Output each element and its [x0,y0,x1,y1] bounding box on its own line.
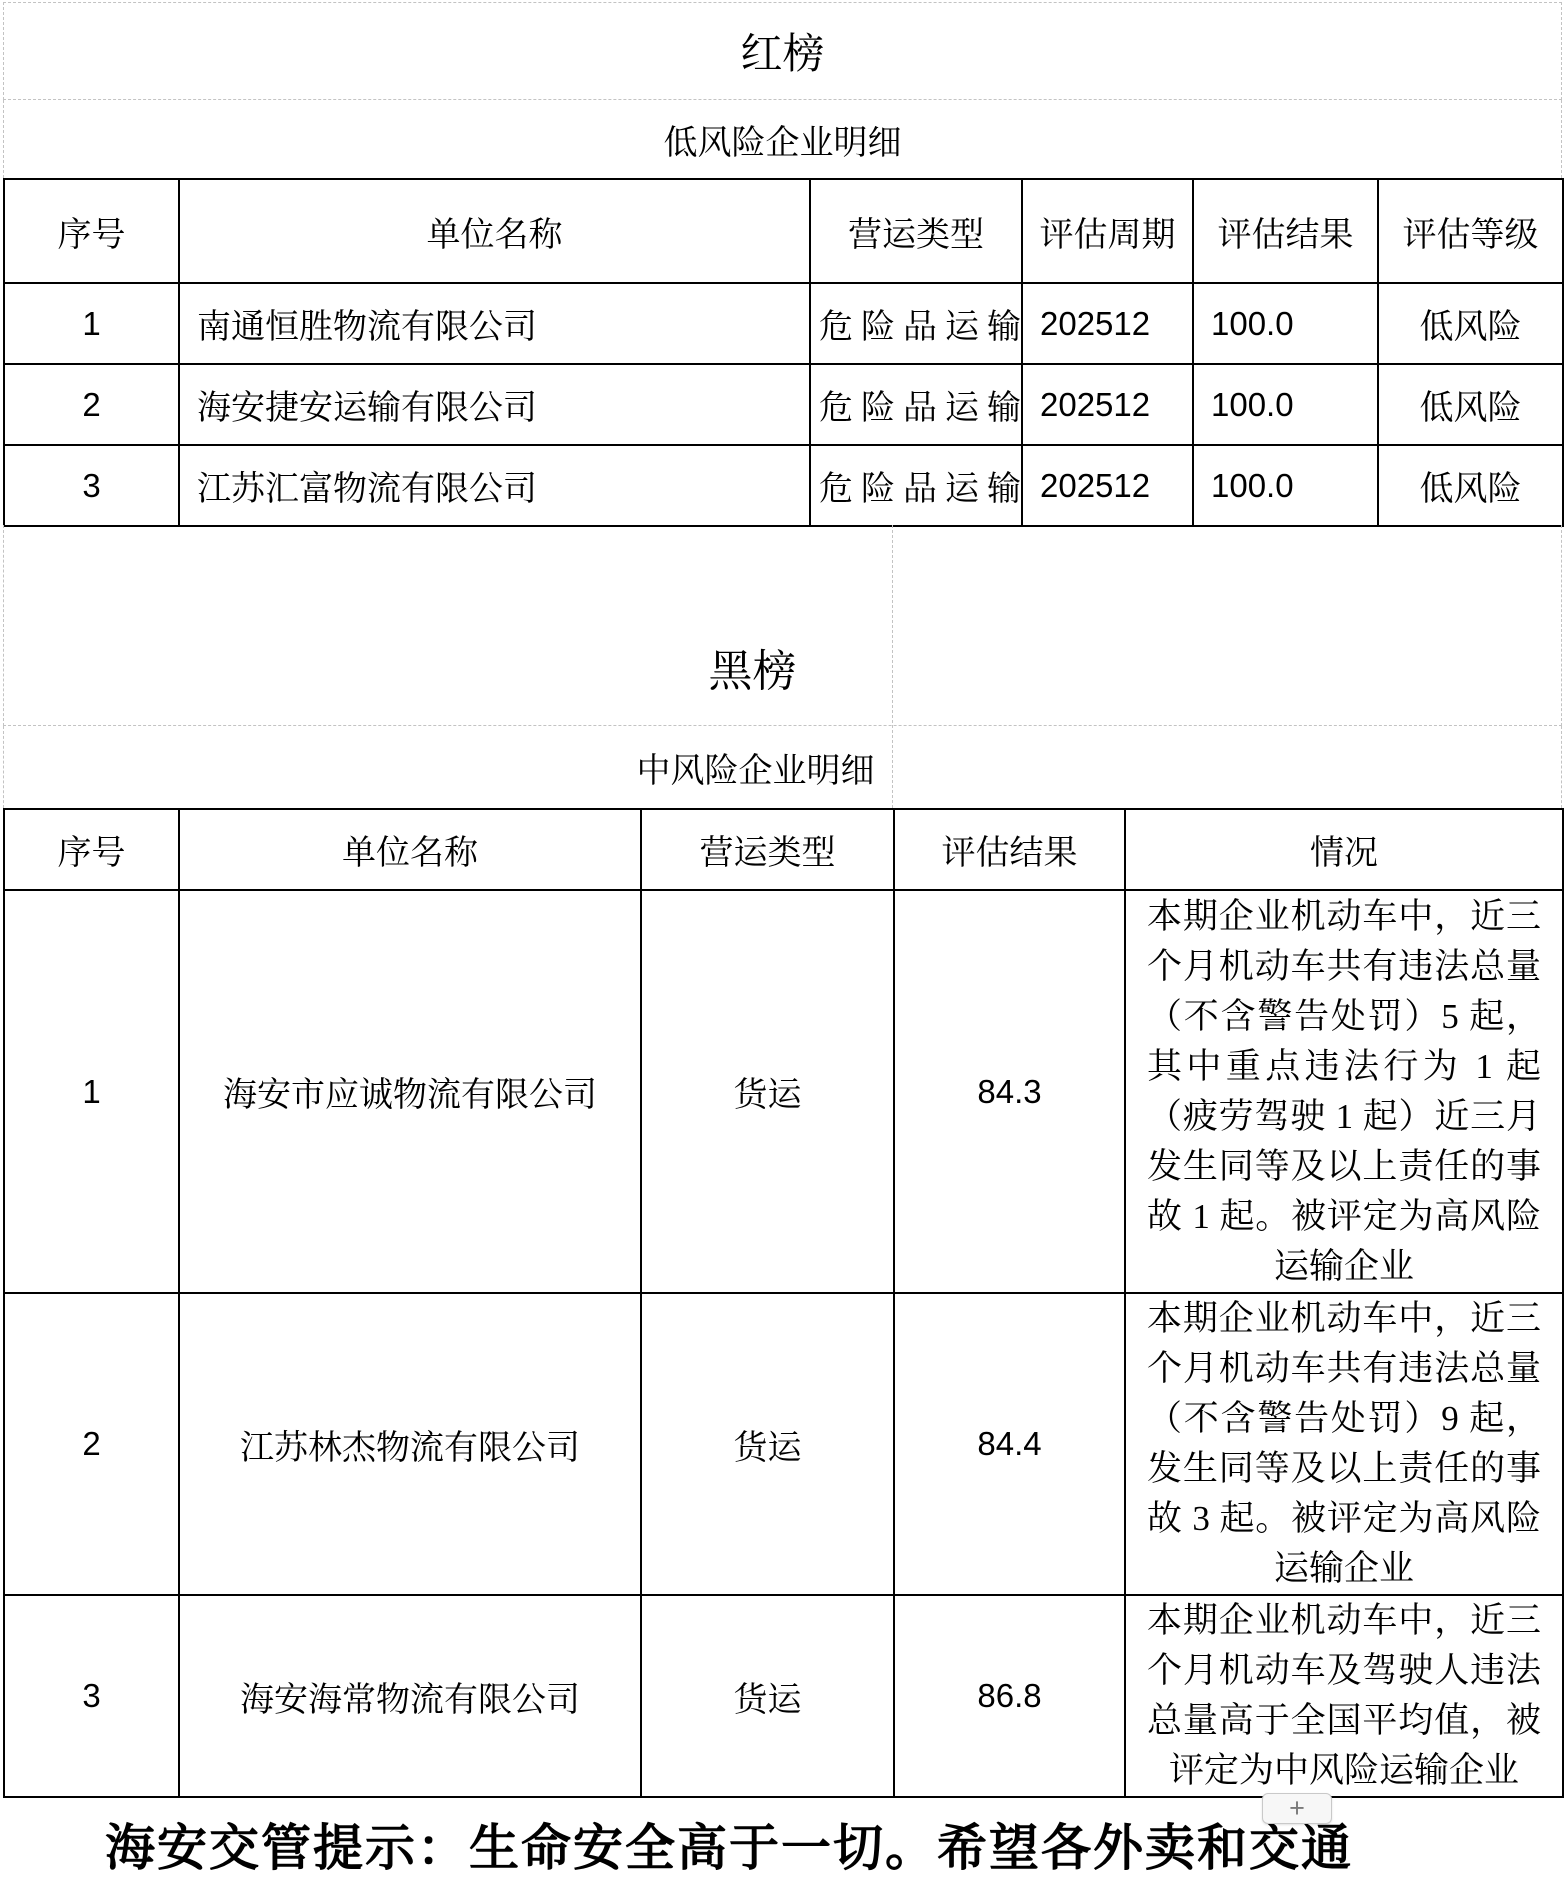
cell-assessment-result: 86.8 [894,1595,1125,1797]
header-situation: 情况 [1125,809,1563,890]
cell-assessment-period: 202512 [1022,445,1193,526]
cell-operation-type: 货运 [641,1595,894,1797]
cell-serial: 3 [4,1595,179,1797]
cell-assessment-result: 100.0 [1193,364,1378,445]
header-assessment-result: 评估结果 [894,809,1125,890]
header-company-name: 单位名称 [179,179,810,283]
red-list-title: 红榜 [740,21,824,81]
black-table-header-row: 序号 单位名称 营运类型 评估结果 情况 [4,809,1563,890]
header-assessment-result: 评估结果 [1193,179,1378,283]
cell-situation: 本期企业机动车中，近三个月机动车共有违法总量（不含警告处罚）5 起，其中重点违法… [1125,890,1563,1293]
cell-company-name: 海安捷安运输有限公司 [179,364,810,445]
cell-operation-type: 危险品运输 [810,283,1022,364]
cell-company-name: 南通恒胜物流有限公司 [179,283,810,364]
cell-assessment-level: 低风险 [1378,364,1563,445]
cell-assessment-result: 100.0 [1193,445,1378,526]
table-row: 1 南通恒胜物流有限公司 危险品运输 202512 100.0 低风险 [4,283,1563,364]
table-row: 3 海安海常物流有限公司 货运 86.8 本期企业机动车中，近三个月机动车及驾驶… [4,1595,1563,1797]
black-list-subtitle-block: 中风险企业明细 [3,726,1562,808]
cell-assessment-result: 84.3 [894,890,1125,1293]
black-list-title: 黑榜 [709,635,797,699]
cell-serial: 3 [4,445,179,526]
black-list-title-block: 黑榜 [3,525,1562,726]
table-row: 1 海安市应诚物流有限公司 货运 84.3 本期企业机动车中，近三个月机动车共有… [4,890,1563,1293]
red-table-header-row: 序号 单位名称 营运类型 评估周期 评估结果 评估等级 [4,179,1563,283]
table-row: 2 江苏林杰物流有限公司 货运 84.4 本期企业机动车中，近三个月机动车共有违… [4,1293,1563,1595]
cell-operation-type: 货运 [641,1293,894,1595]
cell-serial: 2 [4,1293,179,1595]
cell-assessment-result: 84.4 [894,1293,1125,1595]
black-list-table: 序号 单位名称 营运类型 评估结果 情况 1 海安市应诚物流有限公司 货运 84… [3,808,1564,1798]
cell-situation: 本期企业机动车中，近三个月机动车共有违法总量（不含警告处罚）9 起，发生同等及以… [1125,1293,1563,1595]
header-assessment-level: 评估等级 [1378,179,1563,283]
cell-serial: 1 [4,283,179,364]
red-list-title-block: 红榜 [3,2,1562,100]
cell-operation-type: 货运 [641,890,894,1293]
plus-icon: + [1289,1795,1305,1822]
cell-situation: 本期企业机动车中，近三个月机动车及驾驶人违法总量高于全国平均值，被评定为中风险运… [1125,1595,1563,1797]
header-serial: 序号 [4,809,179,890]
cell-company-name: 海安海常物流有限公司 [179,1595,641,1797]
header-operation-type: 营运类型 [810,179,1022,283]
red-list-table: 序号 单位名称 营运类型 评估周期 评估结果 评估等级 1 南通恒胜物流有限公司… [3,178,1564,527]
cell-assessment-result: 100.0 [1193,283,1378,364]
cell-serial: 1 [4,890,179,1293]
cell-operation-type: 危险品运输 [810,364,1022,445]
cell-assessment-period: 202512 [1022,364,1193,445]
plus-button[interactable]: + [1262,1793,1332,1824]
cell-assessment-level: 低风险 [1378,445,1563,526]
cell-company-name: 江苏林杰物流有限公司 [179,1293,641,1595]
header-serial: 序号 [4,179,179,283]
cell-operation-type: 危险品运输 [810,445,1022,526]
red-list-subtitle-block: 低风险企业明细 [3,100,1562,178]
table-row: 3 江苏汇富物流有限公司 危险品运输 202512 100.0 低风险 [4,445,1563,526]
header-assessment-period: 评估周期 [1022,179,1193,283]
cell-company-name: 海安市应诚物流有限公司 [179,890,641,1293]
black-list-subtitle: 中风险企业明细 [637,743,875,792]
cell-assessment-level: 低风险 [1378,283,1563,364]
footer-notice: 海安交管提示：生命安全高于一切。希望各外卖和交通 [105,1808,1353,1880]
red-list-subtitle: 低风险企业明细 [664,115,902,164]
cell-assessment-period: 202512 [1022,283,1193,364]
header-company-name: 单位名称 [179,809,641,890]
header-operation-type: 营运类型 [641,809,894,890]
table-row: 2 海安捷安运输有限公司 危险品运输 202512 100.0 低风险 [4,364,1563,445]
cell-company-name: 江苏汇富物流有限公司 [179,445,810,526]
cell-serial: 2 [4,364,179,445]
